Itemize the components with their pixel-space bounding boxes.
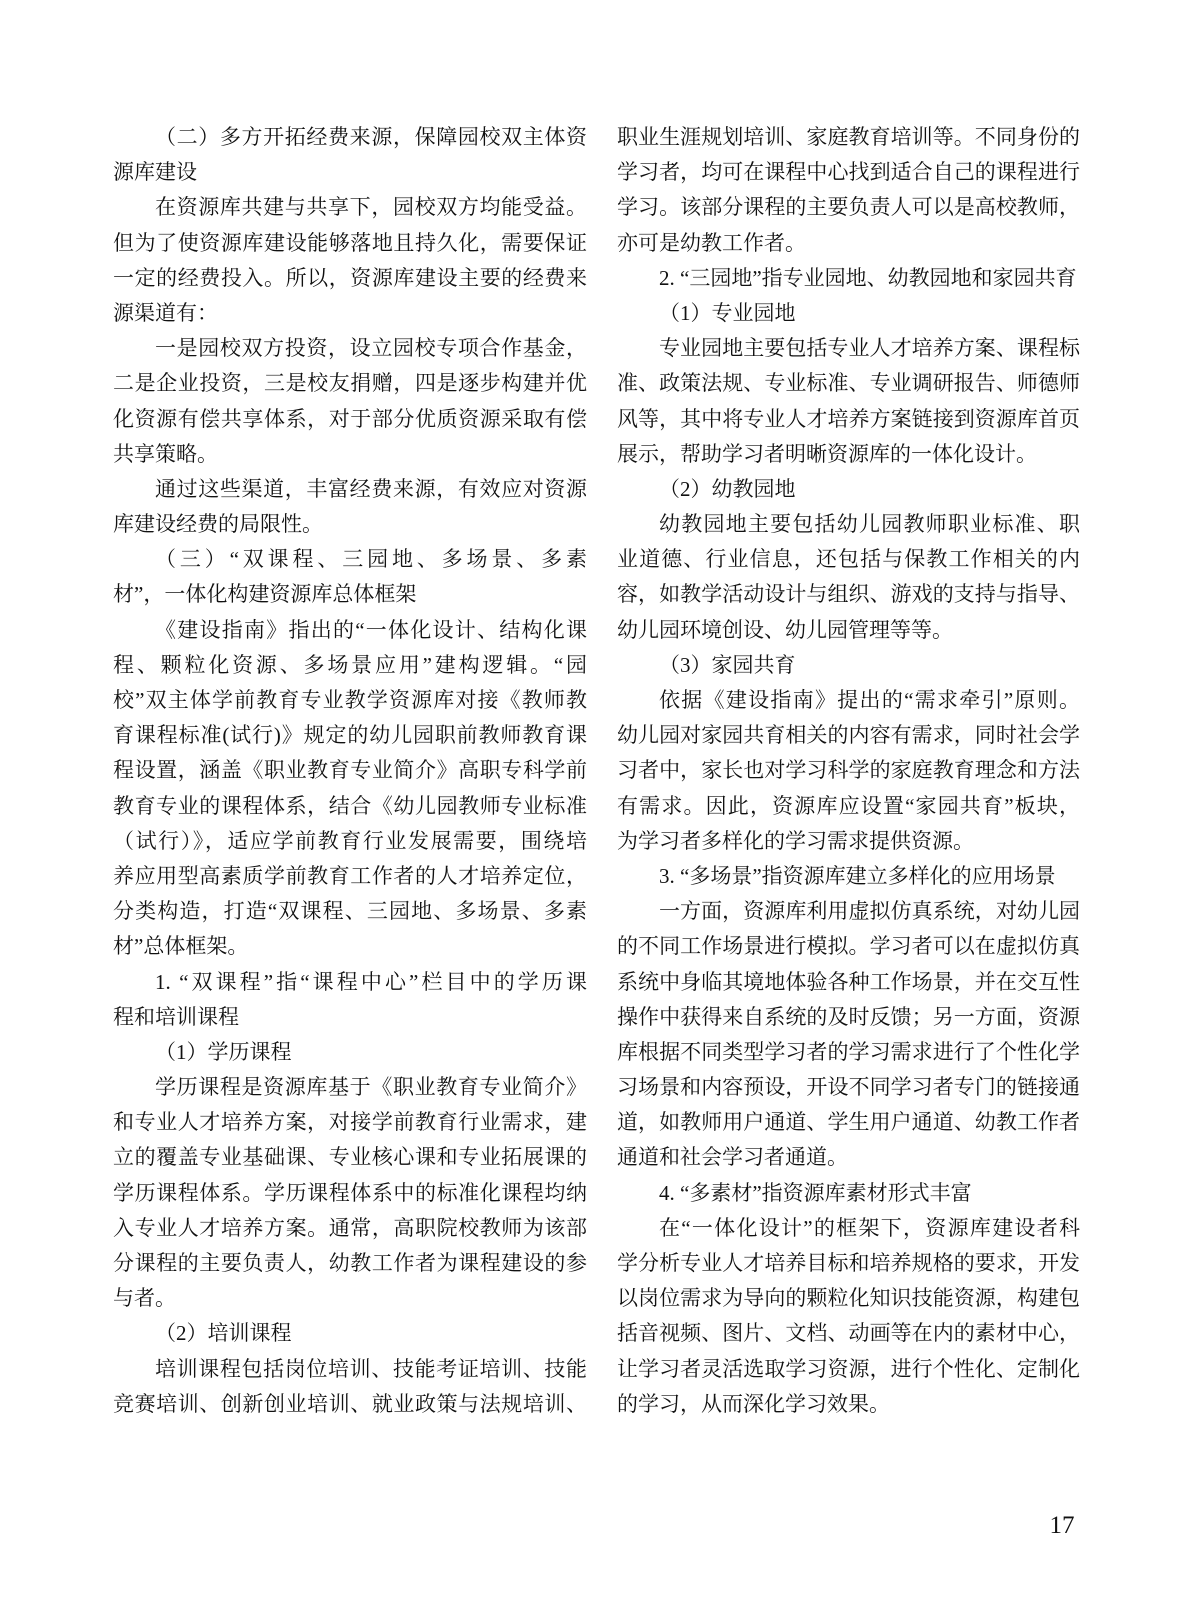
text-line: 让学习者灵活选取学习资源，进行个性化、定制化	[617, 1352, 1080, 1387]
text-line: 育课程标准(试行)》规定的幼儿园职前教师教育课	[113, 718, 587, 753]
text-line: 程设置，涵盖《职业教育专业简介》高职专科学前	[113, 753, 587, 788]
text-line: 习场景和内容预设，开设不同学习者专门的链接通	[617, 1070, 1080, 1105]
text-line: 准、政策法规、专业标准、专业调研报告、师德师	[617, 366, 1080, 401]
text-line: 习者中，家长也对学习科学的家庭教育理念和方法	[617, 753, 1080, 788]
text-line: 1. “双课程”指“课程中心”栏目中的学历课	[113, 965, 587, 1000]
text-line: 立的覆盖专业基础课、专业核心课和专业拓展课的	[113, 1140, 587, 1175]
text-line: 学习。该部分课程的主要负责人可以是高校教师，	[617, 190, 1080, 225]
text-line: 4. “多素材”指资源库素材形式丰富	[617, 1176, 1080, 1211]
text-line: 幼教园地主要包括幼儿园教师职业标准、职	[617, 507, 1080, 542]
text-line: 二是企业投资，三是校友捐赠，四是逐步构建并优	[113, 366, 587, 401]
document-page: （二）多方开拓经费来源，保障园校双主体资源库建设在资源库共建与共享下，园校双方均…	[0, 0, 1191, 1616]
text-line: 在“一体化设计”的框架下，资源库建设者科	[617, 1211, 1080, 1246]
text-line: 源渠道有：	[113, 296, 587, 331]
text-line: （二）多方开拓经费来源，保障园校双主体资	[113, 120, 587, 155]
text-line: 学分析专业人才培养目标和培养规格的要求，开发	[617, 1246, 1080, 1281]
text-line: 《建设指南》指出的“一体化设计、结构化课	[113, 613, 587, 648]
text-line: 为学习者多样化的学习需求提供资源。	[617, 824, 1080, 859]
text-line: 与者。	[113, 1281, 587, 1316]
text-line: 幼儿园环境创设、幼儿园管理等等。	[617, 613, 1080, 648]
text-line: （2）幼教园地	[617, 472, 1080, 507]
text-line: 共享策略。	[113, 437, 587, 472]
text-line: （1）专业园地	[617, 296, 1080, 331]
text-line: 教育专业的课程体系，结合《幼儿园教师专业标准	[113, 789, 587, 824]
text-line: 亦可是幼教工作者。	[617, 226, 1080, 261]
text-line: 库建设经费的局限性。	[113, 507, 587, 542]
text-line: 依据《建设指南》提出的“需求牵引”原则。	[617, 683, 1080, 718]
text-line: （试行）》，适应学前教育行业发展需要，围绕培	[113, 824, 587, 859]
text-line: 化资源有偿共享体系，对于部分优质资源采取有偿	[113, 402, 587, 437]
text-line: 专业园地主要包括专业人才培养方案、课程标	[617, 331, 1080, 366]
text-line: 材”，一体化构建资源库总体框架	[113, 577, 587, 612]
text-line: 分类构造，打造“双课程、三园地、多场景、多素	[113, 894, 587, 929]
text-line: 一是园校双方投资，设立园校专项合作基金，	[113, 331, 587, 366]
text-line: 括音视频、图片、文档、动画等在内的素材中心，	[617, 1316, 1080, 1351]
text-line: 校”双主体学前教育专业教学资源库对接《教师教	[113, 683, 587, 718]
text-line: 通过这些渠道，丰富经费来源，有效应对资源	[113, 472, 587, 507]
text-line: 幼儿园对家园共育相关的内容有需求，同时社会学	[617, 718, 1080, 753]
text-line: 3. “多场景”指资源库建立多样化的应用场景	[617, 859, 1080, 894]
text-line: 以岗位需求为导向的颗粒化知识技能资源，构建包	[617, 1281, 1080, 1316]
text-line: 通道和社会学习者通道。	[617, 1140, 1080, 1175]
text-line: 库根据不同类型学习者的学习需求进行了个性化学	[617, 1035, 1080, 1070]
text-line: 材”总体框架。	[113, 929, 587, 964]
text-line: 竞赛培训、创新创业培训、就业政策与法规培训、	[113, 1387, 587, 1422]
text-line: 2. “三园地”指专业园地、幼教园地和家园共育	[617, 261, 1080, 296]
text-line: 学历课程体系。学历课程体系中的标准化课程均纳	[113, 1176, 587, 1211]
text-line: （3）家园共育	[617, 648, 1080, 683]
text-line: 源库建设	[113, 155, 587, 190]
text-line: 系统中身临其境地体验各种工作场景，并在交互性	[617, 965, 1080, 1000]
text-line: 学历课程是资源库基于《职业教育专业简介》	[113, 1070, 587, 1105]
text-line: 培训课程包括岗位培训、技能考证培训、技能	[113, 1352, 587, 1387]
text-line: 容，如教学活动设计与组织、游戏的支持与指导、	[617, 577, 1080, 612]
text-line: 道，如教师用户通道、学生用户通道、幼教工作者	[617, 1105, 1080, 1140]
text-line: 程、颗粒化资源、多场景应用”建构逻辑。“园	[113, 648, 587, 683]
text-line: 和专业人才培养方案，对接学前教育行业需求，建	[113, 1105, 587, 1140]
text-line: 一定的经费投入。所以，资源库建设主要的经费来	[113, 261, 587, 296]
text-line: 一方面，资源库利用虚拟仿真系统，对幼儿园	[617, 894, 1080, 929]
text-line: 学习者，均可在课程中心找到适合自己的课程进行	[617, 155, 1080, 190]
page-number: 17	[1040, 1512, 1084, 1540]
text-line: （1）学历课程	[113, 1035, 587, 1070]
text-line: 的学习，从而深化学习效果。	[617, 1387, 1080, 1422]
text-column-left: （二）多方开拓经费来源，保障园校双主体资源库建设在资源库共建与共享下，园校双方均…	[113, 120, 587, 1422]
text-line: （2）培训课程	[113, 1316, 587, 1351]
text-line: 程和培训课程	[113, 1000, 587, 1035]
text-column-right: 职业生涯规划培训、家庭教育培训等。不同身份的学习者，均可在课程中心找到适合自己的…	[617, 120, 1080, 1422]
text-line: 有需求。因此，资源库应设置“家园共育”板块，	[617, 789, 1080, 824]
text-line: 入专业人才培养方案。通常，高职院校教师为该部	[113, 1211, 587, 1246]
text-line: 的不同工作场景进行模拟。学习者可以在虚拟仿真	[617, 929, 1080, 964]
text-line: 职业生涯规划培训、家庭教育培训等。不同身份的	[617, 120, 1080, 155]
text-line: 操作中获得来自系统的及时反馈；另一方面，资源	[617, 1000, 1080, 1035]
text-line: 风等，其中将专业人才培养方案链接到资源库首页	[617, 402, 1080, 437]
text-line: 展示，帮助学习者明晰资源库的一体化设计。	[617, 437, 1080, 472]
text-line: 业道德、行业信息，还包括与保教工作相关的内	[617, 542, 1080, 577]
text-line: 但为了使资源库建设能够落地且持久化，需要保证	[113, 226, 587, 261]
text-line: 养应用型高素质学前教育工作者的人才培养定位，	[113, 859, 587, 894]
text-line: 在资源库共建与共享下，园校双方均能受益。	[113, 190, 587, 225]
text-line: （三）“双课程、三园地、多场景、多素	[113, 542, 587, 577]
text-line: 分课程的主要负责人，幼教工作者为课程建设的参	[113, 1246, 587, 1281]
